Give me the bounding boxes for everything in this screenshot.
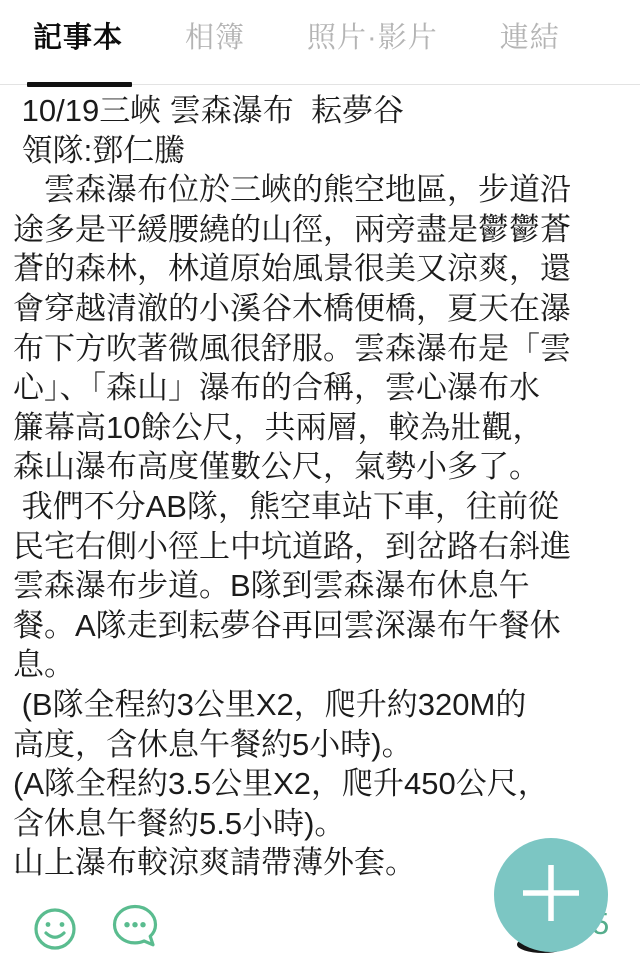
- tab-album[interactable]: 相簿: [185, 15, 245, 56]
- tab-links[interactable]: 連結: [500, 15, 560, 56]
- note-text-line: 會穿越清澈的小溪谷木橋便橋，夏天在瀑: [13, 289, 632, 329]
- tab-bar: 記事本 相簿 照片·影片 連結: [0, 0, 640, 85]
- note-text-line: 雲森瀑布位於三峽的熊空地區，步道沿: [13, 170, 632, 210]
- note-text-line: 蒼的森林，林道原始風景很美又涼爽，還: [13, 249, 632, 289]
- note-text-line: 心」、「森山」瀑布的合稱，雲心瀑布水: [13, 368, 632, 408]
- tab-notebook[interactable]: 記事本: [33, 15, 123, 56]
- note-text-line: 高度，含休息午餐約5小時)。: [13, 725, 632, 765]
- note-text-line: 森山瀑布高度僅數公尺，氣勢小多了。: [13, 447, 632, 487]
- tab-photos-videos[interactable]: 照片·影片: [307, 15, 438, 56]
- note-text-line: 雲森瀑布步道。B隊到雲森瀑布休息午: [13, 566, 632, 606]
- note-text-line: 民宅右側小徑上中坑道路，到岔路右斜進: [13, 527, 632, 567]
- note-text-line: 布下方吹著微風很舒服。雲森瀑布是「雲: [13, 329, 632, 369]
- note-text-line: 10/19三峽 雲森瀑布 耘夢谷: [13, 91, 632, 131]
- note-text-line: 含休息午餐約5.5小時)。: [13, 804, 632, 844]
- note-text-line: 簾幕高10餘公尺，共兩層，較為壯觀，: [13, 408, 632, 448]
- add-button[interactable]: [494, 838, 608, 952]
- note-content[interactable]: 10/19三峽 雲森瀑布 耘夢谷 領隊:鄧仁騰 雲森瀑布位於三峽的熊空地區，步道…: [0, 85, 640, 883]
- plus-icon: [521, 863, 581, 928]
- comment-button[interactable]: [111, 903, 161, 956]
- note-text-line: 領隊:鄧仁騰: [13, 131, 632, 171]
- smiley-button[interactable]: [33, 907, 77, 956]
- note-text-line: 息。: [13, 645, 632, 685]
- smiley-icon: [33, 938, 77, 955]
- note-text-line: (A隊全程約3.5公里X2，爬升450公尺，: [13, 764, 632, 804]
- note-text-line: 途多是平緩腰繞的山徑，兩旁盡是鬱鬱蒼: [13, 210, 632, 250]
- note-text-line: 我們不分AB隊，熊空車站下車，往前從: [13, 487, 632, 527]
- note-text-line: (B隊全程約3公里X2，爬升約320M的: [13, 685, 632, 725]
- note-text-line: 餐。A隊走到耘夢谷再回雲深瀑布午餐休: [13, 606, 632, 646]
- comment-bubble-icon: [111, 938, 161, 955]
